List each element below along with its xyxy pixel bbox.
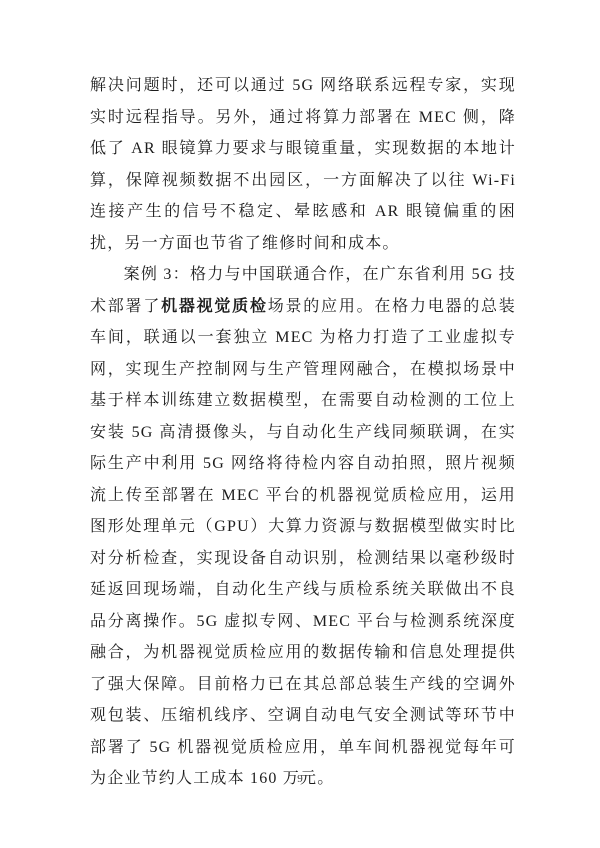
document-page: 解决问题时，还可以通过 5G 网络联系远程专家，实现实时远程指导。另外，通过将算… <box>0 0 600 848</box>
page-number: 9 <box>0 772 600 786</box>
paragraph-continuation-text: 解决问题时，还可以通过 5G 网络联系远程专家，实现实时远程指导。另外，通过将算… <box>90 77 516 252</box>
case-3-bold-phrase: 机器视觉质检 <box>161 298 268 315</box>
paragraph-case-3: 案例 3：格力与中国联通合作，在广东省利用 5G 技术部署了机器视觉质检场景的应… <box>90 259 516 795</box>
paragraph-continuation: 解决问题时，还可以通过 5G 网络联系远程专家，实现实时远程指导。另外，通过将算… <box>90 70 516 259</box>
document-text-block: 解决问题时，还可以通过 5G 网络联系远程专家，实现实时远程指导。另外，通过将算… <box>90 70 516 795</box>
case-3-text-after-bold: 场景的应用。在格力电器的总装车间，联通以一套独立 MEC 为格力打造了工业虚拟专… <box>90 298 516 788</box>
